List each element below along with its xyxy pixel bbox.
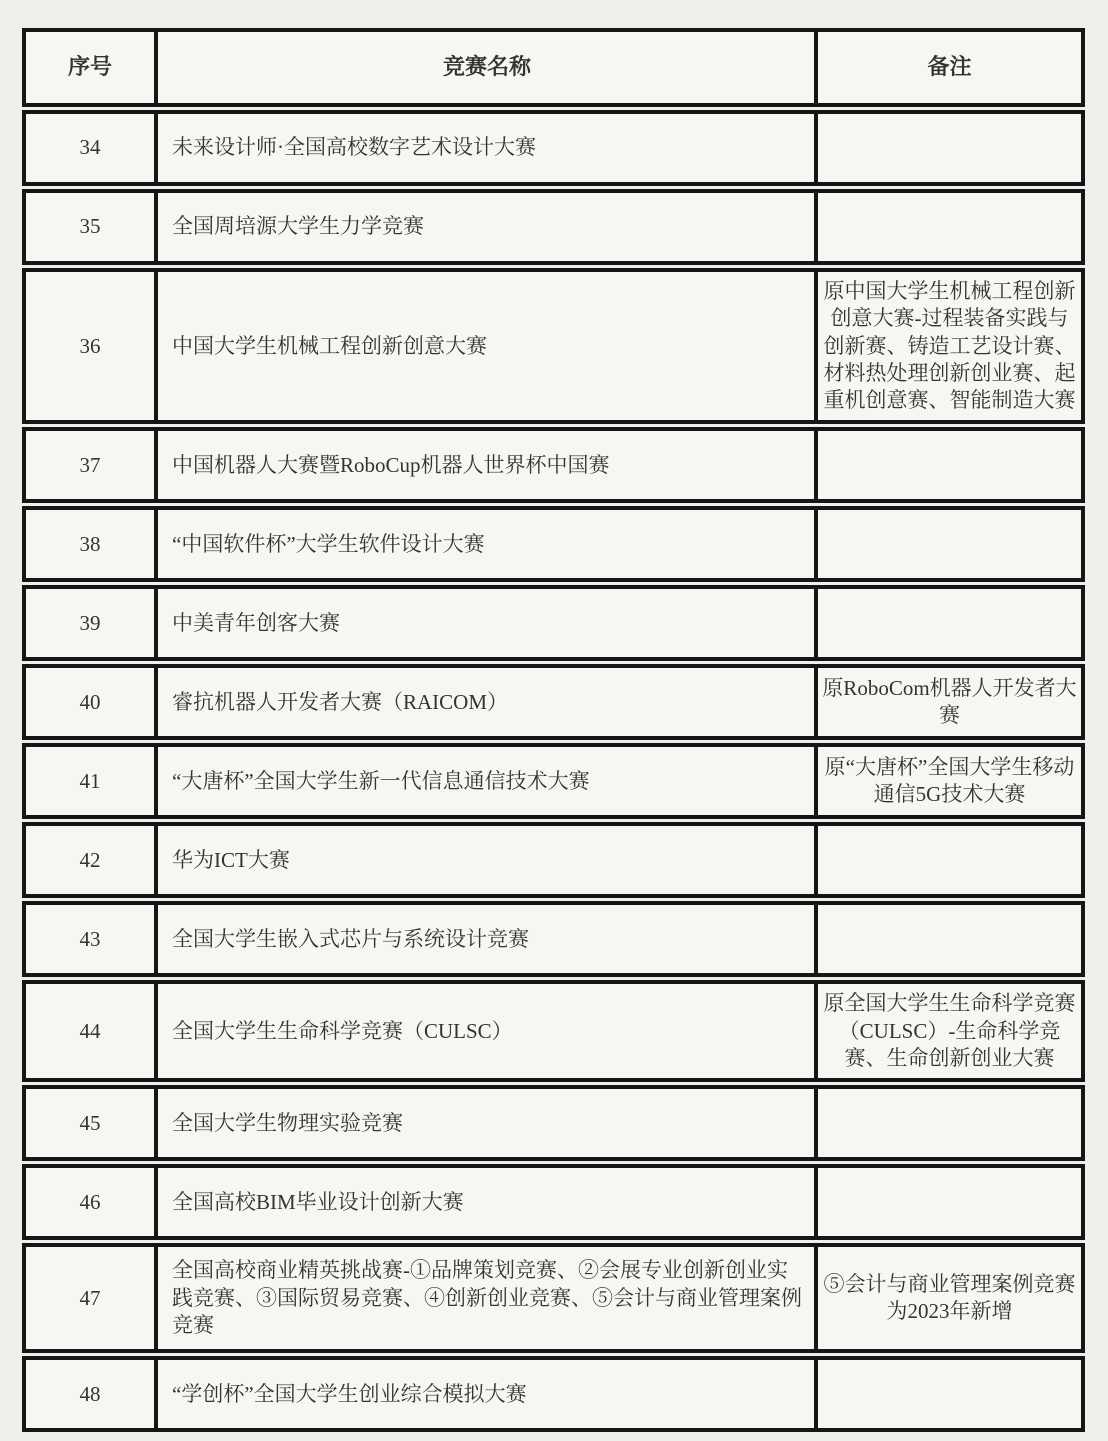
competition-name-cell: 中国机器人大赛暨RoboCup机器人世界杯中国赛	[154, 431, 818, 499]
remark-cell: 原RoboCom机器人开发者大赛	[818, 668, 1081, 736]
serial-no-cell: 36	[26, 272, 154, 420]
column-header-remark: 备注	[818, 32, 1081, 103]
remark-cell	[818, 193, 1081, 261]
serial-no-cell: 40	[26, 668, 154, 736]
table-row: 36 中国大学生机械工程创新创意大赛 原中国大学生机械工程创新创意大赛-过程装备…	[22, 268, 1085, 424]
table-row: 44 全国大学生生命科学竞赛（CULSC） 原全国大学生生命科学竞赛（CULSC…	[22, 980, 1085, 1082]
remark-cell	[818, 1360, 1081, 1428]
table-row: 42 华为ICT大赛	[22, 822, 1085, 898]
serial-no-cell: 34	[26, 114, 154, 182]
competition-name-cell: 中美青年创客大赛	[154, 589, 818, 657]
remark-cell: 原“大唐杯”全国大学生移动通信5G技术大赛	[818, 747, 1081, 815]
table-row: 39 中美青年创客大赛	[22, 585, 1085, 661]
competition-name-cell: 全国周培源大学生力学竞赛	[154, 193, 818, 261]
table-row: 35 全国周培源大学生力学竞赛	[22, 189, 1085, 265]
remark-cell	[818, 905, 1081, 973]
column-header-serial-no: 序号	[26, 32, 154, 103]
competition-name-cell: 全国大学生嵌入式芯片与系统设计竞赛	[154, 905, 818, 973]
remark-cell	[818, 114, 1081, 182]
table-row: 43 全国大学生嵌入式芯片与系统设计竞赛	[22, 901, 1085, 977]
serial-no-cell: 44	[26, 984, 154, 1078]
competition-name-cell: 中国大学生机械工程创新创意大赛	[154, 272, 818, 420]
remark-cell	[818, 1089, 1081, 1157]
remark-cell: 原中国大学生机械工程创新创意大赛-过程装备实践与创新赛、铸造工艺设计赛、材料热处…	[818, 272, 1081, 420]
table-row: 48 “学创杯”全国大学生创业综合模拟大赛	[22, 1356, 1085, 1432]
remark-cell	[818, 510, 1081, 578]
remark-cell	[818, 826, 1081, 894]
competition-name-cell: 全国大学生生命科学竞赛（CULSC）	[154, 984, 818, 1078]
serial-no-cell: 46	[26, 1168, 154, 1236]
table-row: 38 “中国软件杯”大学生软件设计大赛	[22, 506, 1085, 582]
serial-no-cell: 35	[26, 193, 154, 261]
table-row: 41 “大唐杯”全国大学生新一代信息通信技术大赛 原“大唐杯”全国大学生移动通信…	[22, 743, 1085, 819]
table-row: 47 全国高校商业精英挑战赛-①品牌策划竞赛、②会展专业创新创业实践竞赛、③国际…	[22, 1243, 1085, 1353]
serial-no-cell: 37	[26, 431, 154, 499]
competition-name-cell: 全国高校商业精英挑战赛-①品牌策划竞赛、②会展专业创新创业实践竞赛、③国际贸易竞…	[154, 1247, 818, 1349]
table-row: 46 全国高校BIM毕业设计创新大赛	[22, 1164, 1085, 1240]
serial-no-cell: 39	[26, 589, 154, 657]
serial-no-cell: 47	[26, 1247, 154, 1349]
table-row: 45 全国大学生物理实验竞赛	[22, 1085, 1085, 1161]
serial-no-cell: 42	[26, 826, 154, 894]
remark-cell	[818, 1168, 1081, 1236]
competition-table: 序号 竞赛名称 备注 34 未来设计师·全国高校数字艺术设计大赛 35 全国周培…	[22, 28, 1085, 1435]
table-body: 34 未来设计师·全国高校数字艺术设计大赛 35 全国周培源大学生力学竞赛 36…	[22, 110, 1085, 1432]
competition-name-cell: “大唐杯”全国大学生新一代信息通信技术大赛	[154, 747, 818, 815]
serial-no-cell: 45	[26, 1089, 154, 1157]
competition-name-cell: 睿抗机器人开发者大赛（RAICOM）	[154, 668, 818, 736]
column-header-competition-name: 竞赛名称	[154, 32, 818, 103]
table-header-row: 序号 竞赛名称 备注	[22, 28, 1085, 107]
remark-cell: ⑤会计与商业管理案例竞赛为2023年新增	[818, 1247, 1081, 1349]
competition-name-cell: “中国软件杯”大学生软件设计大赛	[154, 510, 818, 578]
competition-name-cell: “学创杯”全国大学生创业综合模拟大赛	[154, 1360, 818, 1428]
serial-no-cell: 41	[26, 747, 154, 815]
remark-cell: 原全国大学生生命科学竞赛（CULSC）-生命科学竞赛、生命创新创业大赛	[818, 984, 1081, 1078]
competition-name-cell: 全国高校BIM毕业设计创新大赛	[154, 1168, 818, 1236]
table-row: 40 睿抗机器人开发者大赛（RAICOM） 原RoboCom机器人开发者大赛	[22, 664, 1085, 740]
remark-cell	[818, 589, 1081, 657]
serial-no-cell: 43	[26, 905, 154, 973]
remark-cell	[818, 431, 1081, 499]
competition-name-cell: 全国大学生物理实验竞赛	[154, 1089, 818, 1157]
competition-name-cell: 华为ICT大赛	[154, 826, 818, 894]
serial-no-cell: 48	[26, 1360, 154, 1428]
table-row: 37 中国机器人大赛暨RoboCup机器人世界杯中国赛	[22, 427, 1085, 503]
serial-no-cell: 38	[26, 510, 154, 578]
competition-name-cell: 未来设计师·全国高校数字艺术设计大赛	[154, 114, 818, 182]
table-row: 34 未来设计师·全国高校数字艺术设计大赛	[22, 110, 1085, 186]
